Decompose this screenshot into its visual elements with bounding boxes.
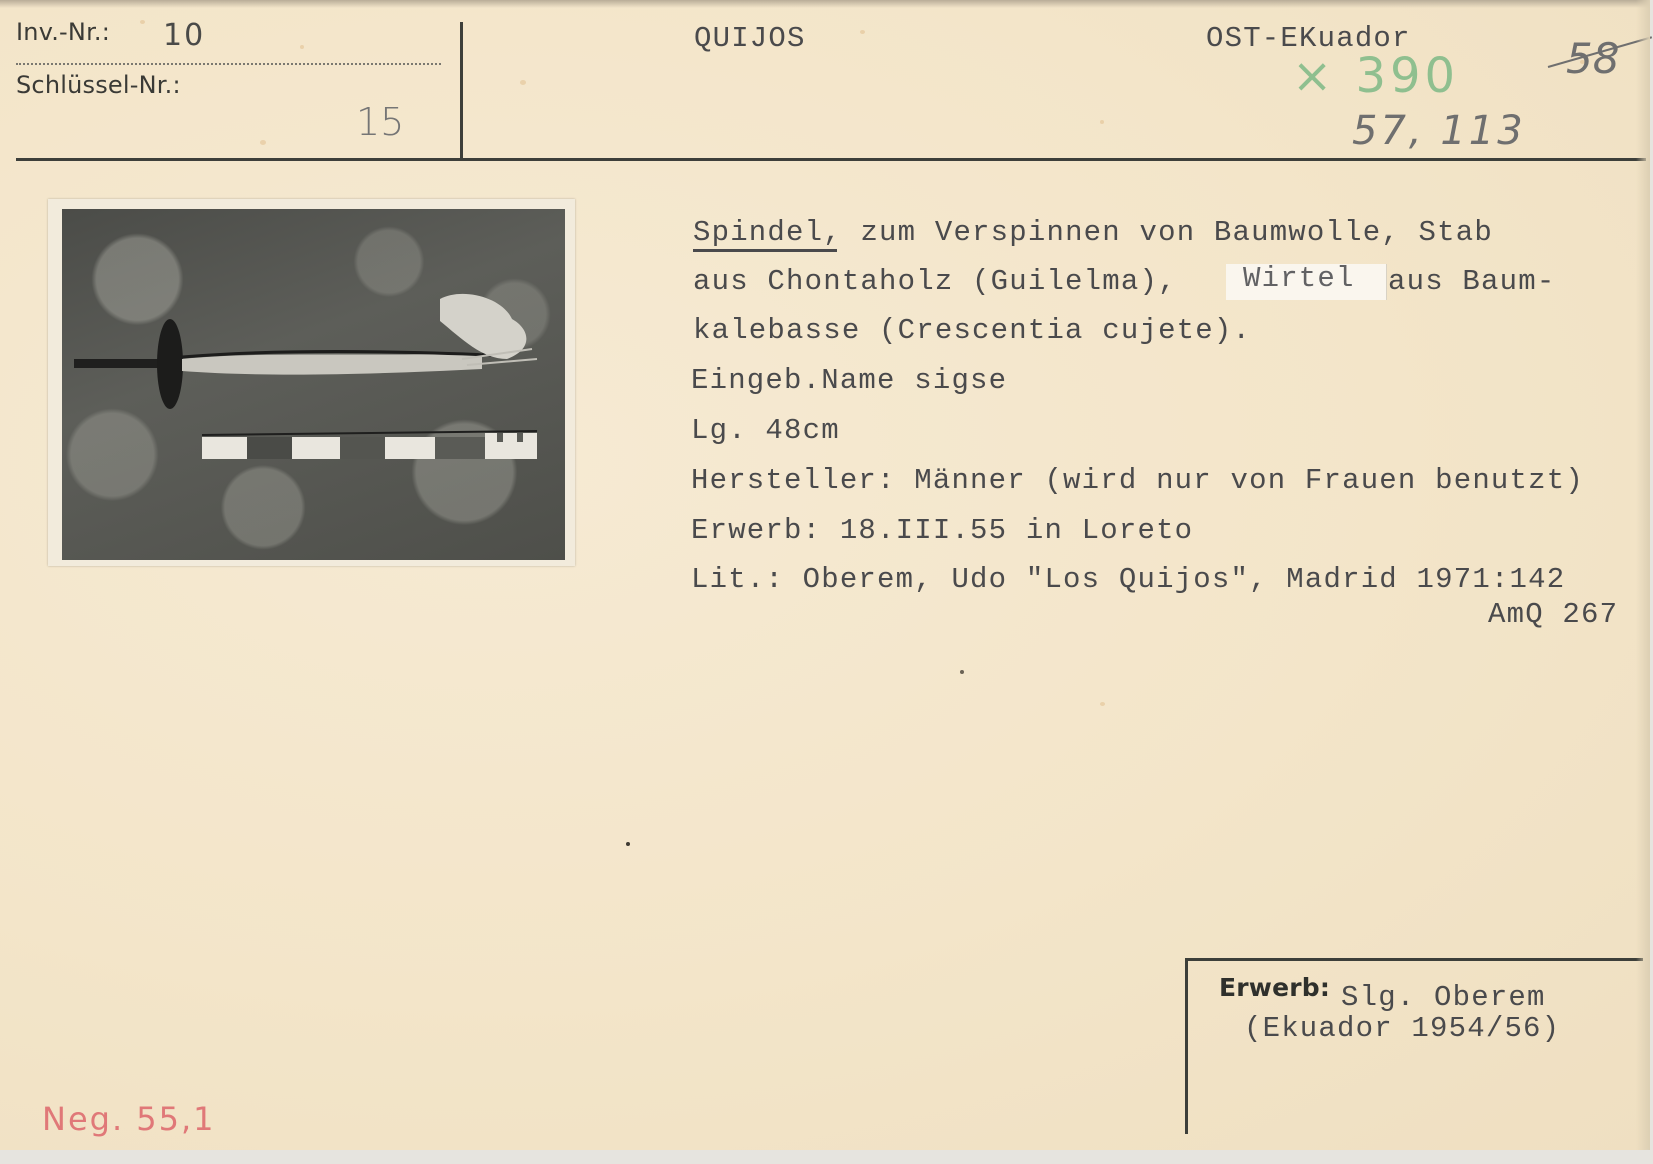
foxing-spot xyxy=(1100,120,1104,124)
object-photo xyxy=(62,209,565,560)
ink-dot xyxy=(626,842,630,846)
pencil-annotation: 57, 113 xyxy=(1352,108,1526,154)
acquisition-box-left-rule xyxy=(1185,958,1188,1134)
native-name: Eingeb.Name sigse xyxy=(691,364,1007,397)
description-line-2-start: aus Chontaholz (Guilelma), xyxy=(693,265,1177,298)
description-line-2-end: aus Baum- xyxy=(1388,265,1555,298)
negative-number: Neg. 55,1 xyxy=(42,1100,216,1138)
literature-reference: Lit.: Oberem, Udo "Los Quijos", Madrid 1… xyxy=(691,563,1565,596)
green-pencil-annotation: × 390 xyxy=(1292,48,1459,104)
dotted-separator xyxy=(16,63,441,65)
object-name: Spindel xyxy=(693,216,823,249)
acquisition-date-place: Erwerb: 18.III.55 in Loreto xyxy=(691,514,1193,547)
spindle-photo-icon xyxy=(62,209,565,560)
description-line-1-rest: , zum Verspinnen von Baumwolle, Stab xyxy=(823,216,1493,249)
acquisition-collection: Slg. Oberem xyxy=(1341,981,1546,1014)
acquisition-box-top-rule xyxy=(1185,958,1643,961)
description-line-1: Spindel, zum Verspinnen von Baumwolle, S… xyxy=(693,216,1493,249)
ink-dot xyxy=(960,670,964,674)
foxing-spot xyxy=(1100,702,1105,706)
group-name: QUIJOS xyxy=(694,22,806,55)
acquisition-box-label: Erwerb: xyxy=(1219,973,1330,1002)
header-rule xyxy=(16,158,1646,161)
header-vertical-divider xyxy=(460,22,463,158)
key-number-label: Schlüssel-Nr.: xyxy=(16,71,181,99)
catalog-card: Inv.-Nr.: 10 Schlüssel-Nr.: 15 QUIJOS OS… xyxy=(0,0,1650,1150)
acquisition-period: (Ekuador 1954/56) xyxy=(1244,1012,1560,1045)
foxing-spot xyxy=(300,45,304,49)
literature-catalog-ref: AmQ 267 xyxy=(1488,598,1618,631)
foxing-spot xyxy=(520,80,526,85)
handwritten-key-note: 15 xyxy=(356,100,404,144)
inventory-number-label: Inv.-Nr.: xyxy=(16,18,110,46)
object-length: Lg. 48cm xyxy=(691,414,840,447)
foxing-spot xyxy=(140,20,145,24)
inventory-number-value: 10 xyxy=(163,18,205,53)
object-name-underline xyxy=(693,249,837,252)
foxing-spot xyxy=(260,140,266,145)
description-line-3: kalebasse (Crescentia cujete). xyxy=(693,314,1251,347)
maker: Hersteller: Männer (wird nur von Frauen … xyxy=(691,464,1584,497)
foxing-spot xyxy=(860,30,865,34)
description-line-2-patch: Wirtel xyxy=(1243,262,1355,295)
